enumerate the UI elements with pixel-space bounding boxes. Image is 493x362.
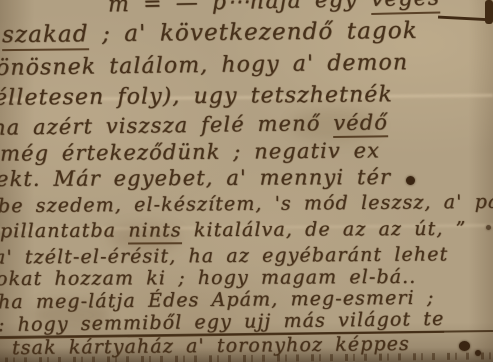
text-segment: kitalálva, de az az út, ”	[182, 218, 467, 241]
manuscript-line: önösnek találom, hogy a' demon	[0, 50, 408, 81]
underlined-text-segment: nints	[128, 219, 182, 244]
text-segment: m = — p⋯hája egy	[108, 0, 371, 17]
manuscript-line: be szedem, el-készítem, 's mód leszsz, a…	[0, 191, 493, 217]
text-segment: be szedem, el-készítem, 's mód leszsz, a…	[0, 191, 493, 217]
manuscript-line: okat hozzam ki ; hogy magam el-bá..	[0, 266, 416, 290]
underlined-text-segment: védő	[333, 110, 388, 138]
underlined-text-segment: szakad	[2, 21, 89, 51]
manuscript-line: szakad ; a' következendő tagok	[2, 18, 418, 48]
text-segment: pillantatba	[0, 220, 128, 243]
ink-blot	[459, 341, 470, 351]
text-segment: na azért viszsza felé menő	[0, 111, 333, 140]
manuscript-line: m = — p⋯hája egy véges	[108, 0, 441, 17]
manuscript-line: ekt. Már egyebet, a' mennyi tér	[0, 165, 391, 191]
manuscript-line: még értekeződünk ; negativ ex	[0, 138, 380, 165]
manuscript-page: m = — p⋯hája egy végesszakad ; a' követk…	[0, 0, 493, 362]
ink-blot	[406, 176, 415, 185]
underlined-text-segment: véges	[371, 0, 441, 15]
manuscript-line: pillantatba nints kitalálva, de az az út…	[0, 218, 466, 242]
text-segment: élletesen foly), ugy tetszhetnék	[0, 82, 393, 110]
text-segment: ekt. Már egyebet, a' mennyi tér	[0, 165, 391, 191]
text-segment: még értekeződünk ; negativ ex	[0, 138, 380, 165]
text-segment: önösnek találom, hogy a' demon	[0, 50, 408, 81]
text-segment: a' tzélt-el-érésit, ha az egyébaránt leh…	[0, 243, 448, 268]
manuscript-line: a' tzélt-el-érésit, ha az egyébaránt leh…	[0, 243, 448, 268]
manuscript-line: élletesen foly), ugy tetszhetnék	[0, 82, 393, 110]
text-segment: ; a' következendő tagok	[88, 18, 417, 47]
text-segment: okat hozzam ki ; hogy magam el-bá..	[0, 266, 416, 290]
ink-blot	[486, 225, 491, 230]
